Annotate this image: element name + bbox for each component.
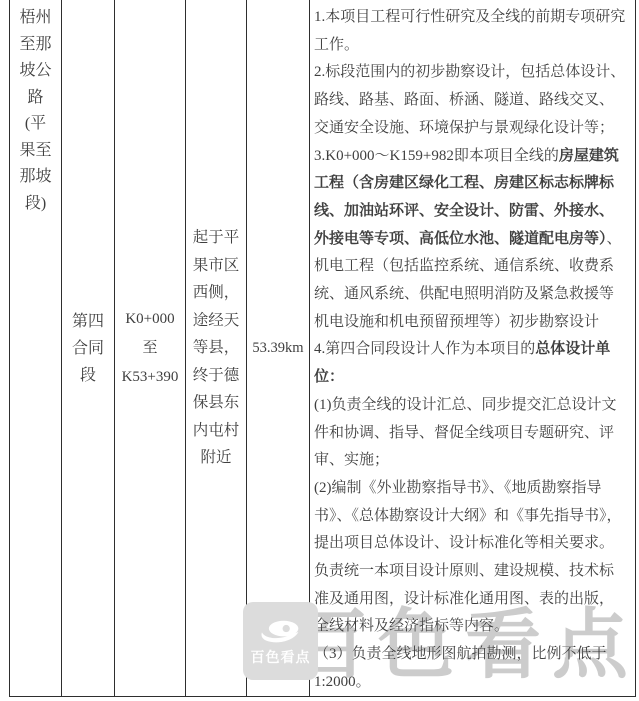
chainage-cell: K0+000至K53+390: [115, 0, 186, 696]
cell-text-line: 途经天: [186, 307, 246, 335]
scope-paragraph: 2.标段范围内的初步勘察设计，包括总体设计、路线、路基、路面、桥涵、隧道、路线交…: [314, 59, 628, 142]
cell-text-line: 终于德: [186, 362, 246, 390]
watermark-text: 百色看点: [291, 600, 639, 692]
cell-text-line: 果市区: [186, 252, 246, 280]
scope-text: 1.本项目工程可行性研究及全线的前期专项研究工作。: [314, 9, 625, 53]
cell-text-line: 至: [115, 334, 185, 363]
contract-section-cell: 第四合同段: [62, 0, 115, 696]
cell-text-line: 那坡: [10, 164, 61, 191]
cell-text-line: 梧州: [10, 5, 61, 32]
cell-text-line: 保县东: [186, 389, 246, 417]
section-length-value: 53.39km: [252, 335, 303, 362]
scope-text: 2.标段范围内的初步勘察设计，包括总体设计、路线、路基、路面、桥涵、隧道、路线交…: [314, 64, 625, 135]
scope-text: (1)负责全线的设计汇总、同步提交汇总设计文件和协调、指导、督促全线项目专题研究…: [314, 397, 617, 468]
design-scope-cell: 1.本项目工程可行性研究及全线的前期专项研究工作。2.标段范围内的初步勘察设计，…: [310, 0, 634, 696]
cell-text-line: 坡公: [10, 58, 61, 85]
scope-paragraph: 1.本项目工程可行性研究及全线的前期专项研究工作。: [314, 4, 628, 59]
cell-text-line: 果至: [10, 138, 61, 165]
cell-text-line: 路: [10, 85, 61, 112]
route-description-cell: 起于平果市区西侧，途经天等县，终于德保县东内屯村附近: [186, 0, 247, 696]
cell-text-line: K53+390: [115, 363, 185, 392]
cell-text-line: 起于平: [186, 224, 246, 252]
scope-text: 3.K0+000～K159+982即本项目全线的: [314, 148, 559, 164]
scope-paragraph: 3.K0+000～K159+982即本项目全线的房屋建筑工程（含房建区绿化工程、…: [314, 143, 628, 337]
document-page: 梧州至那坡公路(平果至那坡段) 第四合同段 K0+000至K53+390 起于平…: [0, 0, 639, 701]
scope-text: 4.第四合同段设计人作为本项目的: [314, 341, 535, 357]
cell-text-line: 段: [62, 362, 114, 389]
cell-text-line: (平: [10, 111, 61, 138]
cell-text-line: 合同: [62, 335, 114, 362]
cell-text-line: 附近: [186, 444, 246, 472]
cell-text-line: 西侧，: [186, 279, 246, 307]
cell-text-line: K0+000: [115, 305, 185, 334]
section-length-cell: 53.39km: [247, 0, 310, 696]
cell-text-line: 内屯村: [186, 417, 246, 445]
contract-section-table: 梧州至那坡公路(平果至那坡段) 第四合同段 K0+000至K53+390 起于平…: [9, 0, 636, 697]
cell-text-line: 等县，: [186, 334, 246, 362]
baise-kandian-swirl-logo-icon: [258, 619, 304, 645]
scope-paragraph: (1)负责全线的设计汇总、同步提交汇总设计文件和协调、指导、督促全线项目专题研究…: [314, 392, 628, 475]
watermark-badge: 百色看点: [243, 602, 318, 680]
cell-text-line: 段): [10, 191, 61, 218]
watermark-badge-label: 百色看点: [251, 650, 311, 664]
scope-paragraph: 4.第四合同段设计人作为本项目的总体设计单位：: [314, 336, 628, 391]
route-name-cell: 梧州至那坡公路(平果至那坡段): [10, 0, 62, 696]
cell-text-line: 至那: [10, 32, 61, 59]
cell-text-line: 第四: [62, 308, 114, 335]
